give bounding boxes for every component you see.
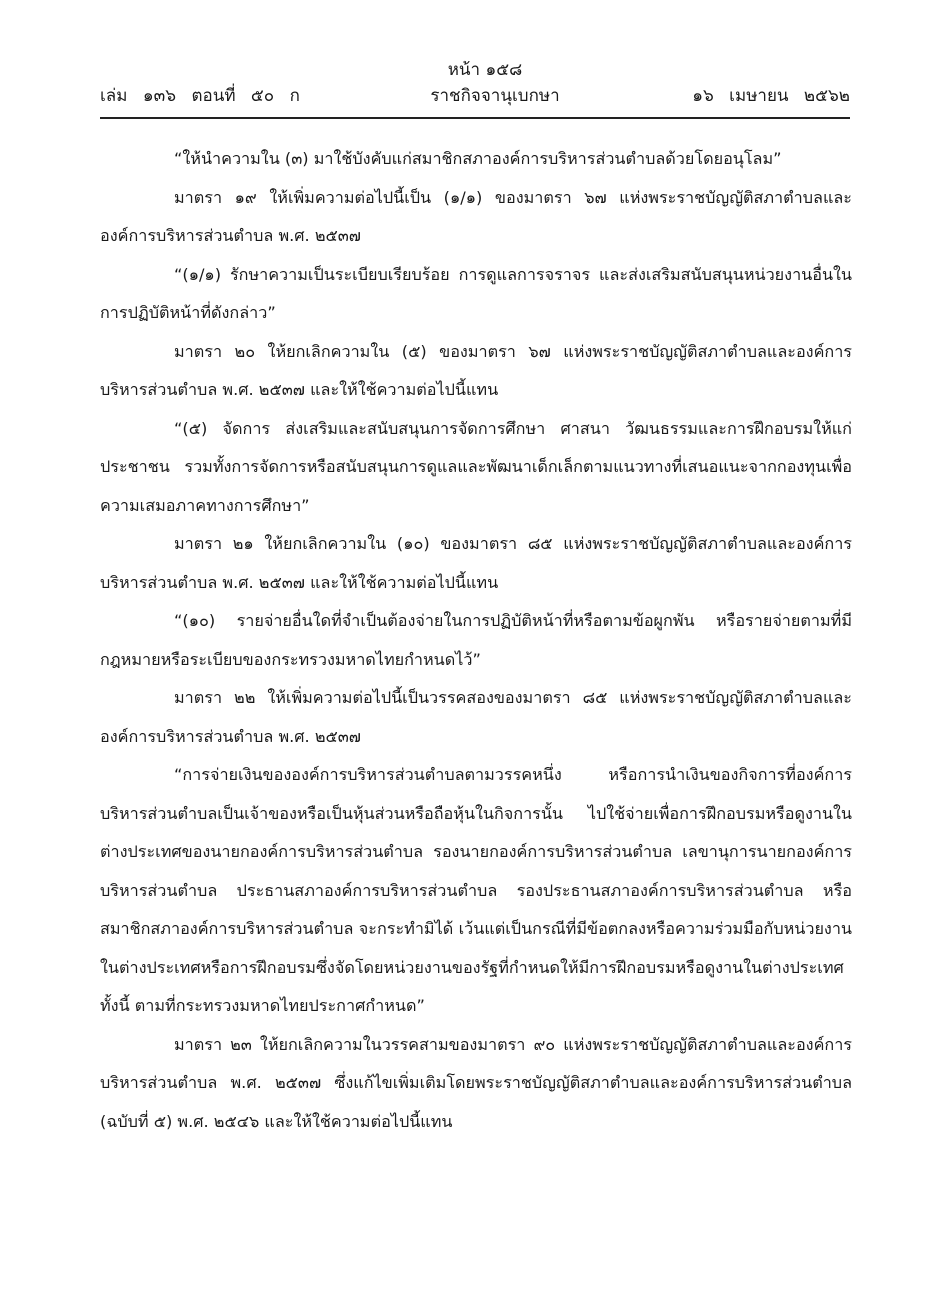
document-body: “ให้นำความใน (๓) มาใช้บังคับแก่สมาชิกสภา… bbox=[100, 140, 852, 1141]
publication-date: ๑๖ เมษายน ๒๕๖๒ bbox=[692, 82, 850, 110]
page-number: หน้า ๑๕๘ bbox=[120, 58, 850, 82]
paragraph-quote-10: “(๑๐) รายจ่ายอื่นใดที่จำเป็นต้องจ่ายในกา… bbox=[100, 602, 852, 679]
paragraph-section-20: มาตรา ๒๐ ให้ยกเลิกความใน (๕) ของมาตรา ๖๗… bbox=[100, 333, 852, 410]
page-header: หน้า ๑๕๘ เล่ม ๑๓๖ ตอนที่ ๕๐ ก ราชกิจจานุ… bbox=[100, 58, 850, 110]
paragraph-section-22: มาตรา ๒๒ ให้เพิ่มความต่อไปนี้เป็นวรรคสอง… bbox=[100, 679, 852, 756]
paragraph-quote-item-3: “ให้นำความใน (๓) มาใช้บังคับแก่สมาชิกสภา… bbox=[100, 140, 852, 179]
paragraph-section-23: มาตรา ๒๓ ให้ยกเลิกความในวรรคสามของมาตรา … bbox=[100, 1026, 852, 1142]
paragraph-section-19: มาตรา ๑๙ ให้เพิ่มความต่อไปนี้เป็น (๑/๑) … bbox=[100, 179, 852, 256]
paragraph-quote-5: “(๕) จัดการ ส่งเสริมและสนับสนุนการจัดการ… bbox=[100, 410, 852, 526]
paragraph-quote-1-1: “(๑/๑) รักษาความเป็นระเบียบเรียบร้อย การ… bbox=[100, 256, 852, 333]
paragraph-section-21: มาตรา ๒๑ ให้ยกเลิกความใน (๑๐) ของมาตรา ๘… bbox=[100, 525, 852, 602]
header-divider bbox=[100, 117, 850, 119]
header-row: เล่ม ๑๓๖ ตอนที่ ๕๐ ก ราชกิจจานุเบกษา ๑๖ … bbox=[100, 82, 850, 110]
document-page: หน้า ๑๕๘ เล่ม ๑๓๖ ตอนที่ ๕๐ ก ราชกิจจานุ… bbox=[0, 0, 950, 1299]
paragraph-quote-section-85-para-2: “การจ่ายเงินขององค์การบริหารส่วนตำบลตามว… bbox=[100, 756, 852, 1026]
